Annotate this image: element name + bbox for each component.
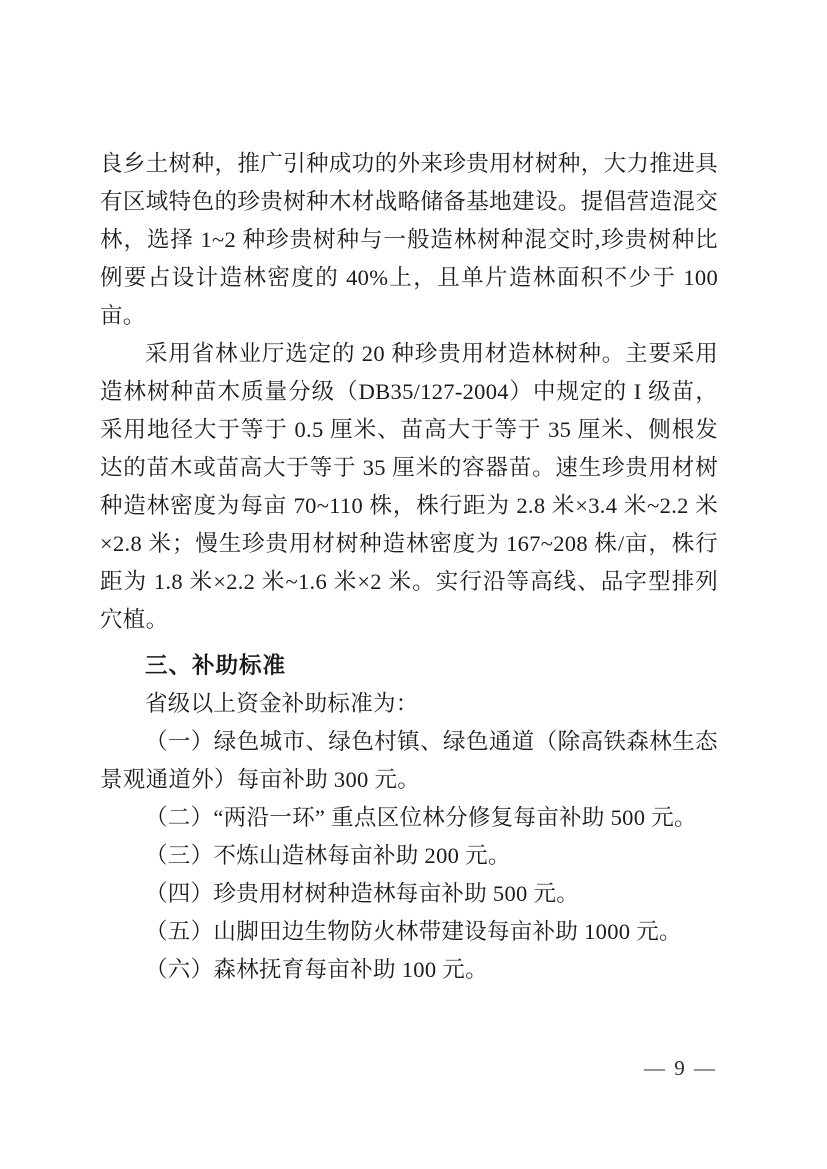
subsidy-intro: 省级以上资金补助标准为： xyxy=(100,685,718,723)
subsidy-item-6: （六）森林抚育每亩补助 100 元。 xyxy=(100,951,718,989)
section-heading-subsidy-standards: 三、补助标准 xyxy=(100,647,718,685)
body-paragraph-seedling-standards: 采用省林业厅选定的 20 种珍贵用材造林树种。主要采用造林树种苗木质量分级（DB… xyxy=(100,335,718,639)
page-number: — 9 — xyxy=(644,1056,717,1080)
subsidy-item-3: （三）不炼山造林每亩补助 200 元。 xyxy=(100,837,718,875)
subsidy-item-5: （五）山脚田边生物防火林带建设每亩补助 1000 元。 xyxy=(100,913,718,951)
subsidy-item-1: （一）绿色城市、绿色村镇、绿色通道（除高铁森林生态景观通道外）每亩补助 300 … xyxy=(100,723,718,799)
document-body: 良乡土树种，推广引种成功的外来珍贵用材树种，大力推进具有区域特色的珍贵树种木材战… xyxy=(100,145,718,989)
subsidy-item-2: （二）“两沿一环” 重点区位林分修复每亩补助 500 元。 xyxy=(100,799,718,837)
body-paragraph-continuation: 良乡土树种，推广引种成功的外来珍贵用材树种，大力推进具有区域特色的珍贵树种木材战… xyxy=(100,145,718,335)
document-page: 良乡土树种，推广引种成功的外来珍贵用材树种，大力推进具有区域特色的珍贵树种木材战… xyxy=(0,0,827,1169)
subsidy-item-4: （四）珍贵用材树种造林每亩补助 500 元。 xyxy=(100,875,718,913)
